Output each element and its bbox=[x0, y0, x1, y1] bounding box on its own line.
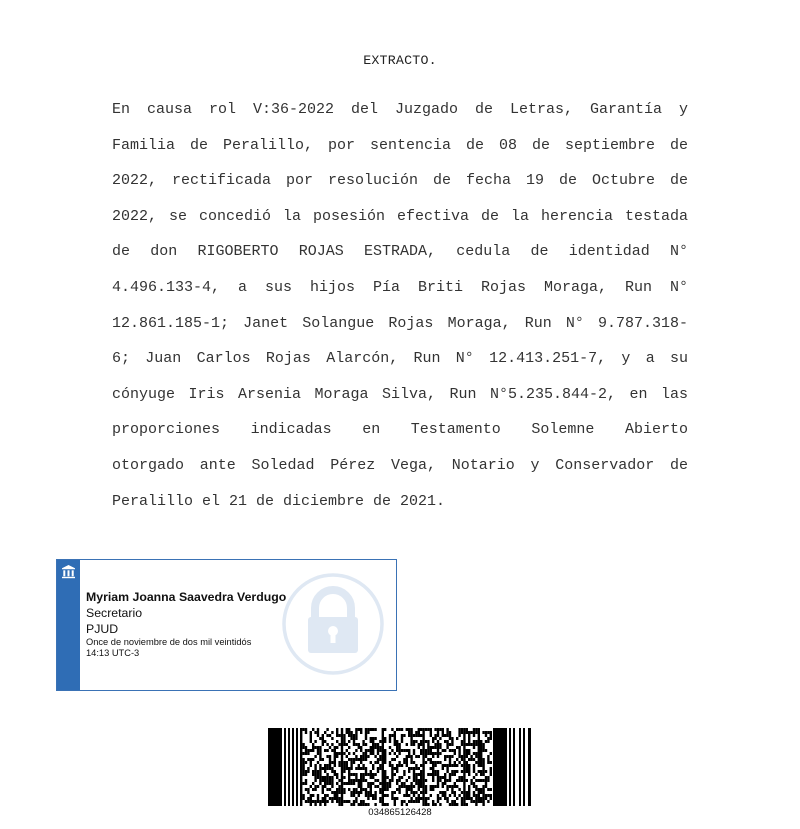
signature-accent-stripe bbox=[57, 560, 80, 690]
signer-organization: PJUD bbox=[86, 621, 286, 637]
electronic-signature-box: Myriam Joanna Saavedra Verdugo Secretari… bbox=[56, 559, 397, 691]
body-line: 2022, se concedió la posesión efectiva d… bbox=[112, 199, 688, 235]
signature-time: 14:13 UTC-3 bbox=[86, 649, 286, 659]
document-page: EXTRACTO. En causa rol V:36-2022 del Juz… bbox=[0, 0, 800, 829]
padlock-icon bbox=[281, 572, 385, 676]
signature-date: Once de noviembre de dos mil veintidós bbox=[86, 638, 286, 648]
body-line: 12.861.185-1; Janet Solangue Rojas Morag… bbox=[112, 306, 688, 342]
body-line: En causa rol V:36-2022 del Juzgado de Le… bbox=[112, 92, 688, 128]
body-line: otorgado ante Soledad Pérez Vega, Notari… bbox=[112, 448, 688, 484]
signature-details: Myriam Joanna Saavedra Verdugo Secretari… bbox=[86, 590, 286, 658]
signer-role: Secretario bbox=[86, 605, 286, 621]
body-line: 2022, rectificada por resolución de fech… bbox=[112, 163, 688, 199]
body-line: de don RIGOBERTO ROJAS ESTRADA, cedula d… bbox=[112, 234, 688, 270]
document-title: EXTRACTO. bbox=[0, 53, 800, 68]
barcode-number: 034865126428 bbox=[0, 807, 800, 818]
body-line: Peralillo el 21 de diciembre de 2021. bbox=[112, 484, 688, 520]
body-line: cónyuge Iris Arsenia Moraga Silva, Run N… bbox=[112, 377, 688, 413]
body-line: Familia de Peralillo, por sentencia de 0… bbox=[112, 128, 688, 164]
body-line: 4.496.133-4, a sus hijos Pía Briti Rojas… bbox=[112, 270, 688, 306]
signer-name: Myriam Joanna Saavedra Verdugo bbox=[86, 590, 286, 605]
body-line: proporciones indicadas en Testamento Sol… bbox=[112, 412, 688, 448]
pdf417-barcode bbox=[268, 728, 531, 806]
courthouse-icon bbox=[61, 564, 76, 580]
document-body: En causa rol V:36-2022 del Juzgado de Le… bbox=[112, 92, 688, 519]
body-line: 6; Juan Carlos Rojas Alarcón, Run N° 12.… bbox=[112, 341, 688, 377]
